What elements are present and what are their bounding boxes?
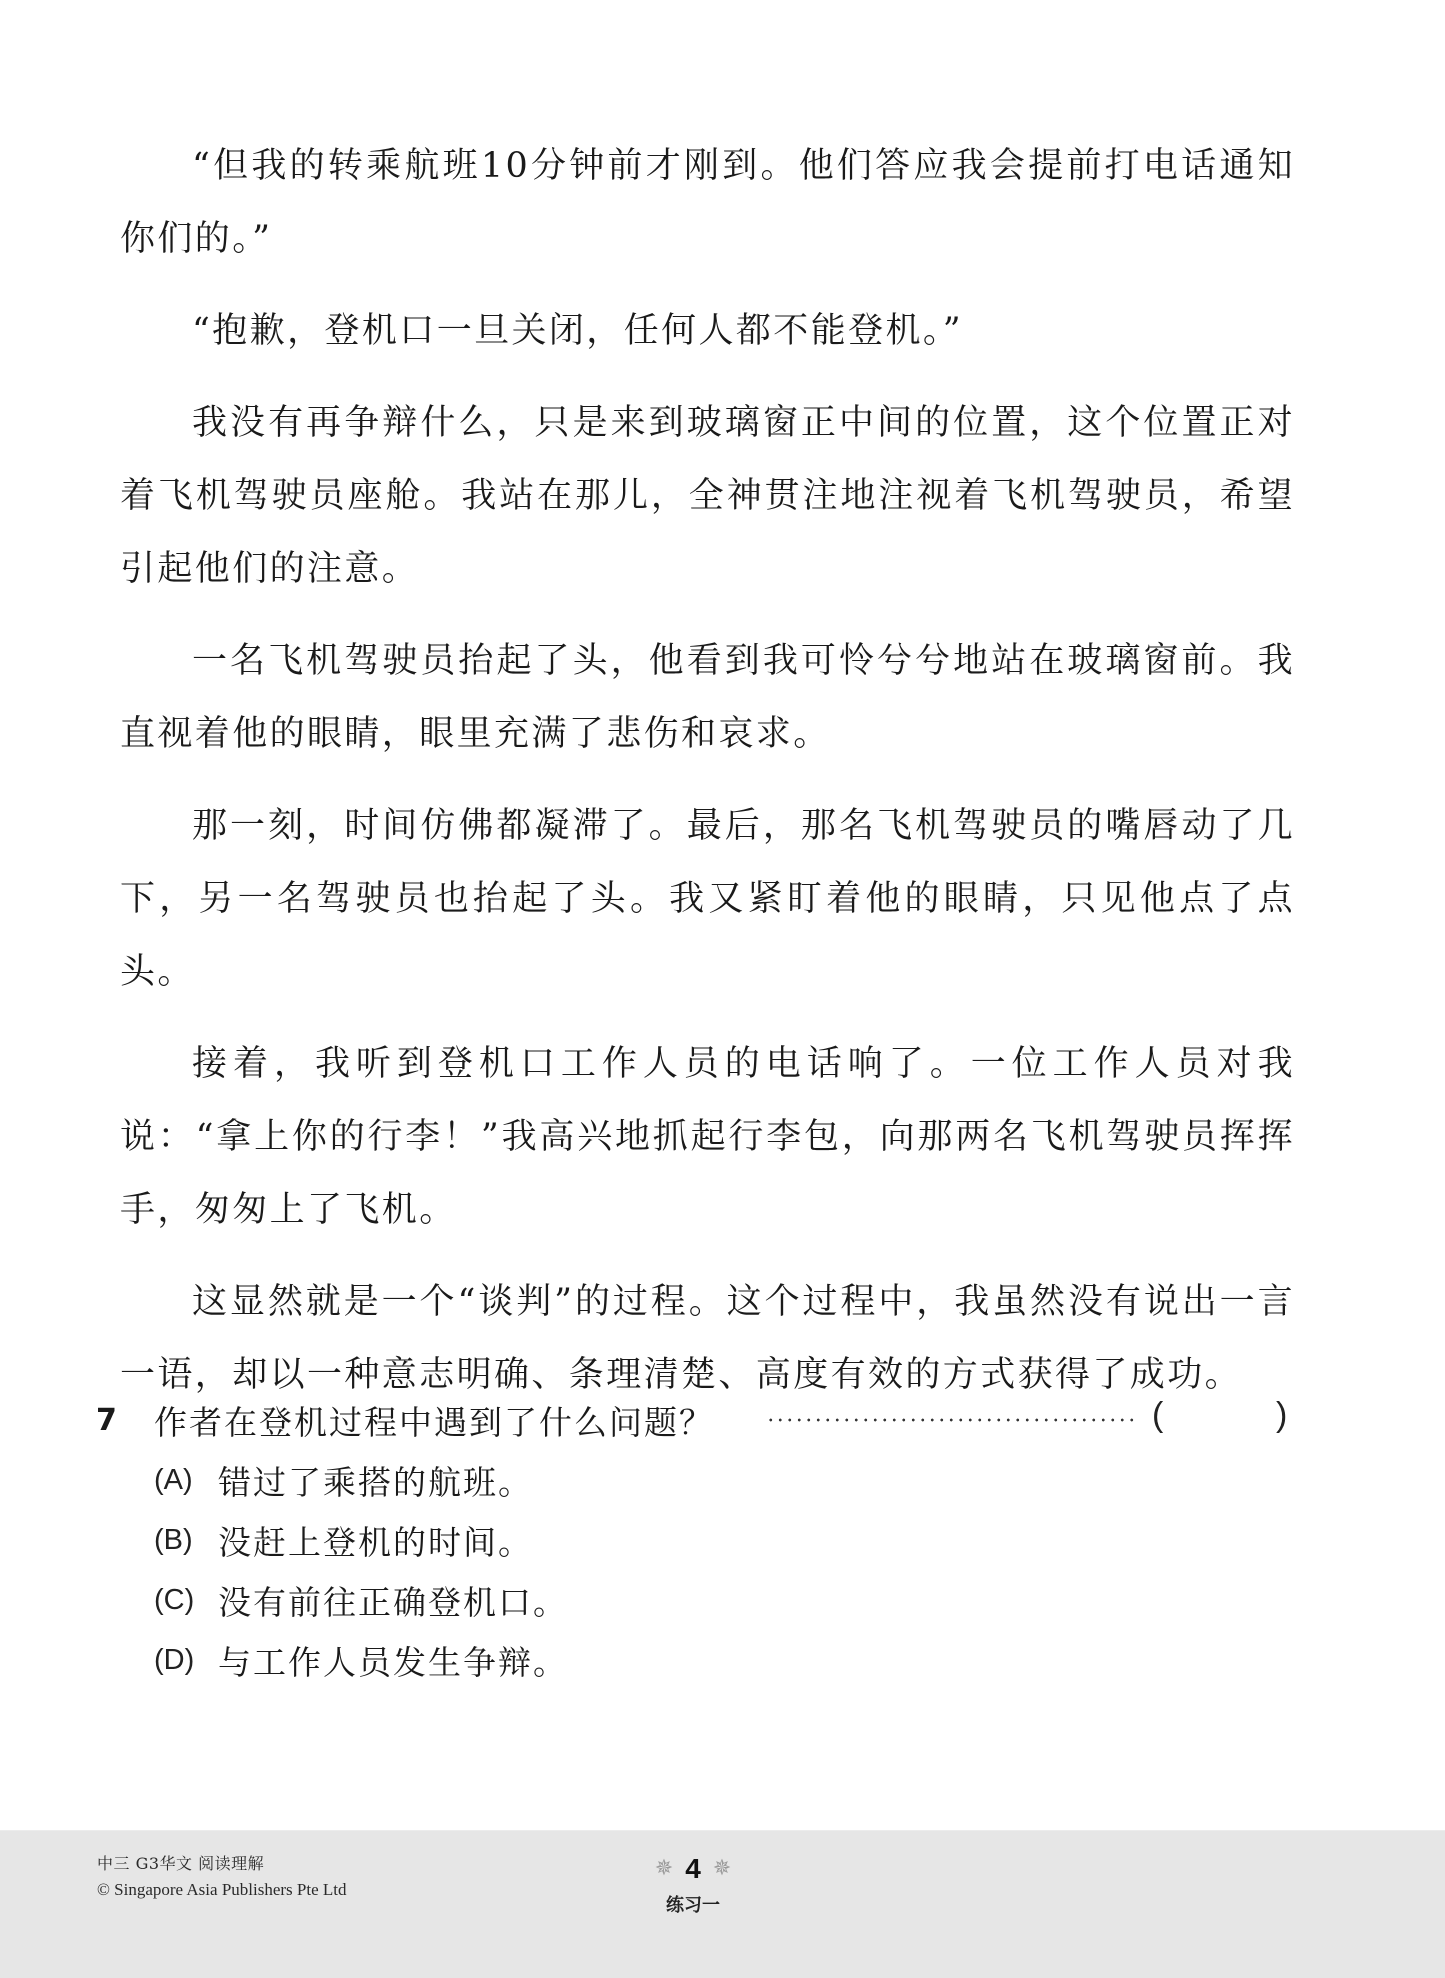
paragraph: 我没有再争辩什么，只是来到玻璃窗正中间的位置，这个位置正对着飞机驾驶员座舱。我站… [120, 387, 1295, 606]
question-7: 7 作者在登机过程中遇到了什么问题？ ( ) (A) 错过了乘搭的航班。 (B)… [96, 1390, 1296, 1690]
option-d: (D) 与工作人员发生争辩。 [96, 1630, 1296, 1690]
paragraph: 一名飞机驾驶员抬起了头，他看到我可怜兮兮地站在玻璃窗前。我直视着他的眼睛，眼里充… [120, 625, 1295, 771]
page-footer: 中三 G3华文 阅读理解 © Singapore Asia Publishers… [0, 1830, 1445, 1978]
footer-page-marker: ✵ 4 ✵ 练习一 [643, 1851, 743, 1917]
exercise-label: 练习一 [643, 1891, 743, 1917]
option-text: 没赶上登机的时间。 [218, 1517, 533, 1564]
options-list: (A) 错过了乘搭的航班。 (B) 没赶上登机的时间。 (C) 没有前往正确登机… [96, 1450, 1296, 1690]
paragraph: 接着，我听到登机口工作人员的电话响了。一位工作人员对我说：“拿上你的行李！”我高… [120, 1028, 1295, 1247]
paragraph: “抱歉，登机口一旦关闭，任何人都不能登机。” [120, 295, 1295, 368]
page: “但我的转乘航班10分钟前才刚到。他们答应我会提前打电话通知你们的。” “抱歉，… [0, 0, 1445, 1830]
option-b: (B) 没赶上登机的时间。 [96, 1510, 1296, 1570]
option-c: (C) 没有前往正确登机口。 [96, 1570, 1296, 1630]
option-text: 没有前往正确登机口。 [218, 1577, 568, 1624]
option-label: (B) [154, 1524, 218, 1557]
page-number: 4 [685, 1853, 701, 1885]
option-label: (C) [154, 1584, 218, 1617]
option-text: 与工作人员发生争辩。 [218, 1637, 568, 1684]
series-title: 中三 G3华文 阅读理解 [97, 1851, 347, 1877]
copyright: © Singapore Asia Publishers Pte Ltd [97, 1877, 347, 1903]
paragraph: 那一刻，时间仿佛都凝滞了。最后，那名飞机驾驶员的嘴唇动了几下，另一名驾驶员也抬起… [120, 790, 1295, 1009]
question-text: 作者在登机过程中遇到了什么问题？ [154, 1397, 714, 1444]
dotted-leader [766, 1418, 1138, 1422]
option-a: (A) 错过了乘搭的航班。 [96, 1450, 1296, 1510]
paragraph: “但我的转乘航班10分钟前才刚到。他们答应我会提前打电话通知你们的。” [120, 130, 1295, 276]
page-number-row: ✵ 4 ✵ [643, 1851, 743, 1887]
question-stem: 7 作者在登机过程中遇到了什么问题？ ( ) [96, 1390, 1296, 1450]
answer-bracket-close: ) [1276, 1396, 1287, 1435]
answer-bracket-open: ( [1152, 1396, 1163, 1435]
option-label: (D) [154, 1644, 218, 1677]
question-number: 7 [96, 1403, 154, 1438]
footer-publication-info: 中三 G3华文 阅读理解 © Singapore Asia Publishers… [97, 1851, 347, 1903]
star-icon: ✵ [655, 1858, 673, 1880]
option-label: (A) [154, 1464, 218, 1497]
option-text: 错过了乘搭的航班。 [218, 1457, 533, 1504]
passage: “但我的转乘航班10分钟前才刚到。他们答应我会提前打电话通知你们的。” “抱歉，… [120, 130, 1295, 1431]
star-icon: ✵ [713, 1858, 731, 1880]
